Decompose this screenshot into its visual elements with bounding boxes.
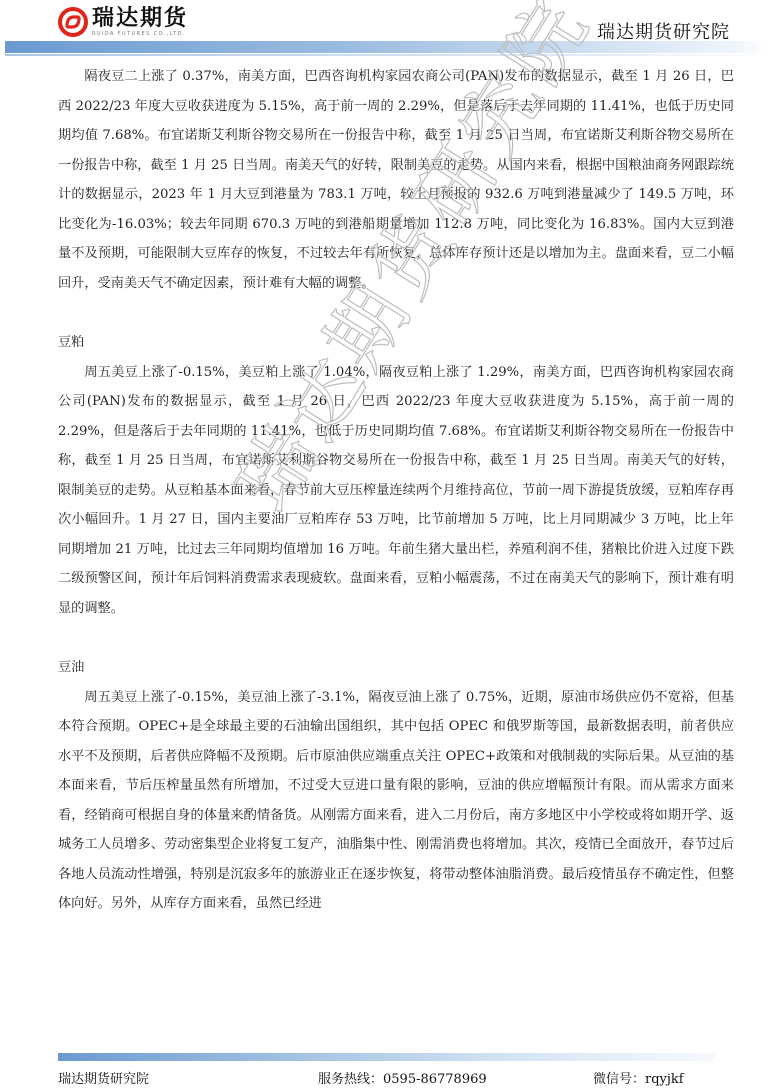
- header-divider: [5, 54, 770, 56]
- soymeal-paragraph: 周五美豆上涨了-0.15%，美豆粕上涨了 1.04%，隔夜豆粕上涨了 1.29%…: [58, 358, 734, 624]
- section-title-soymeal: 豆粕: [58, 328, 734, 358]
- soyoil-paragraph: 周五美豆上涨了-0.15%，美豆油上涨了-3.1%，隔夜豆油上涨了 0.75%，…: [58, 683, 734, 919]
- page-header: 瑞达期货 RUIDA FUTURES CO.,LTD. 瑞达期货研究院: [0, 0, 770, 58]
- footer-hotline: 服务热线：0595-86778969: [318, 1068, 487, 1087]
- logo-chinese-name: 瑞达期货: [92, 7, 188, 31]
- section-title-soyoil: 豆油: [58, 653, 734, 683]
- footer-gradient-bar: [58, 1053, 715, 1061]
- logo-english-name: RUIDA FUTURES CO.,LTD.: [92, 31, 188, 38]
- intro-paragraph: 隔夜豆二上涨了 0.37%，南美方面，巴西咨询机构家园农商公司(PAN)发布的数…: [58, 62, 734, 298]
- report-body: 隔夜豆二上涨了 0.37%，南美方面，巴西咨询机构家园农商公司(PAN)发布的数…: [58, 62, 734, 919]
- header-gradient-bar: [5, 41, 770, 53]
- ruida-logo-icon: [58, 7, 88, 37]
- footer-org: 瑞达期货研究院: [58, 1068, 149, 1087]
- company-logo: 瑞达期货 RUIDA FUTURES CO.,LTD.: [58, 4, 188, 40]
- footer-wechat: 微信号：rqyjkf: [593, 1068, 684, 1087]
